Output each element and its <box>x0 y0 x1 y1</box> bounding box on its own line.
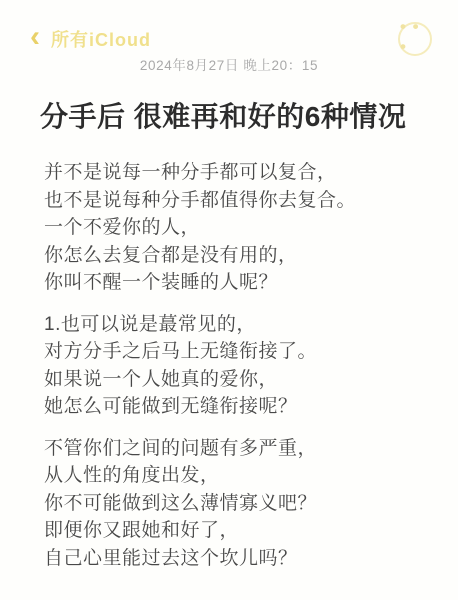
body-line: 你叫不醒一个装睡的人呢？ <box>44 269 444 297</box>
body-line: 自己心里能过去这个坎儿吗？ <box>44 545 444 573</box>
body-line: 一个不爱你的人， <box>44 214 444 242</box>
more-button[interactable]: • • • <box>398 22 432 56</box>
paragraph-2: 1.也可以说是蕞常见的， 对方分手之后马上无缝衔接了。 如果说一个人她真的爱你，… <box>44 311 444 421</box>
paragraph-1: 并不是说每一种分手都可以复合， 也不是说每种分手都值得你去复合。 一个不爱你的人… <box>44 159 444 297</box>
back-label: 所有iCloud <box>51 26 151 52</box>
note-body[interactable]: 并不是说每一种分手都可以复合， 也不是说每种分手都值得你去复合。 一个不爱你的人… <box>44 159 444 572</box>
body-line: 即便你又跟她和好了， <box>44 517 444 545</box>
body-line: 不管你们之间的问题有多严重， <box>44 435 444 463</box>
body-line: 她怎么可能做到无缝衔接呢？ <box>44 393 444 421</box>
body-line: 对方分手之后马上无缝衔接了。 <box>44 338 444 366</box>
chevron-left-icon: ‹ <box>30 22 40 52</box>
body-line: 1.也可以说是蕞常见的， <box>44 311 444 339</box>
back-button[interactable]: ‹ 所有iCloud <box>30 24 151 54</box>
body-line: 你不可能做到这么薄情寡义吧？ <box>44 490 444 518</box>
body-line: 并不是说每一种分手都可以复合， <box>44 159 444 187</box>
body-line: 从人性的角度出发， <box>44 462 444 490</box>
note-timestamp: 2024年8月27日 晚上20：15 <box>0 54 458 74</box>
body-line: 你怎么去复合都是没有用的， <box>44 242 444 270</box>
notes-app-screen: ‹ 所有iCloud • • • 2024年8月27日 晚上20：15 分手后 … <box>0 0 458 600</box>
ellipsis-icon: • • • <box>400 17 430 57</box>
paragraph-3: 不管你们之间的问题有多严重， 从人性的角度出发， 你不可能做到这么薄情寡义吧？ … <box>44 435 444 573</box>
body-line: 也不是说每种分手都值得你去复合。 <box>44 187 444 215</box>
body-line: 如果说一个人她真的爱你， <box>44 366 444 394</box>
note-title: 分手后 很难再和好的6种情况 <box>40 99 442 135</box>
